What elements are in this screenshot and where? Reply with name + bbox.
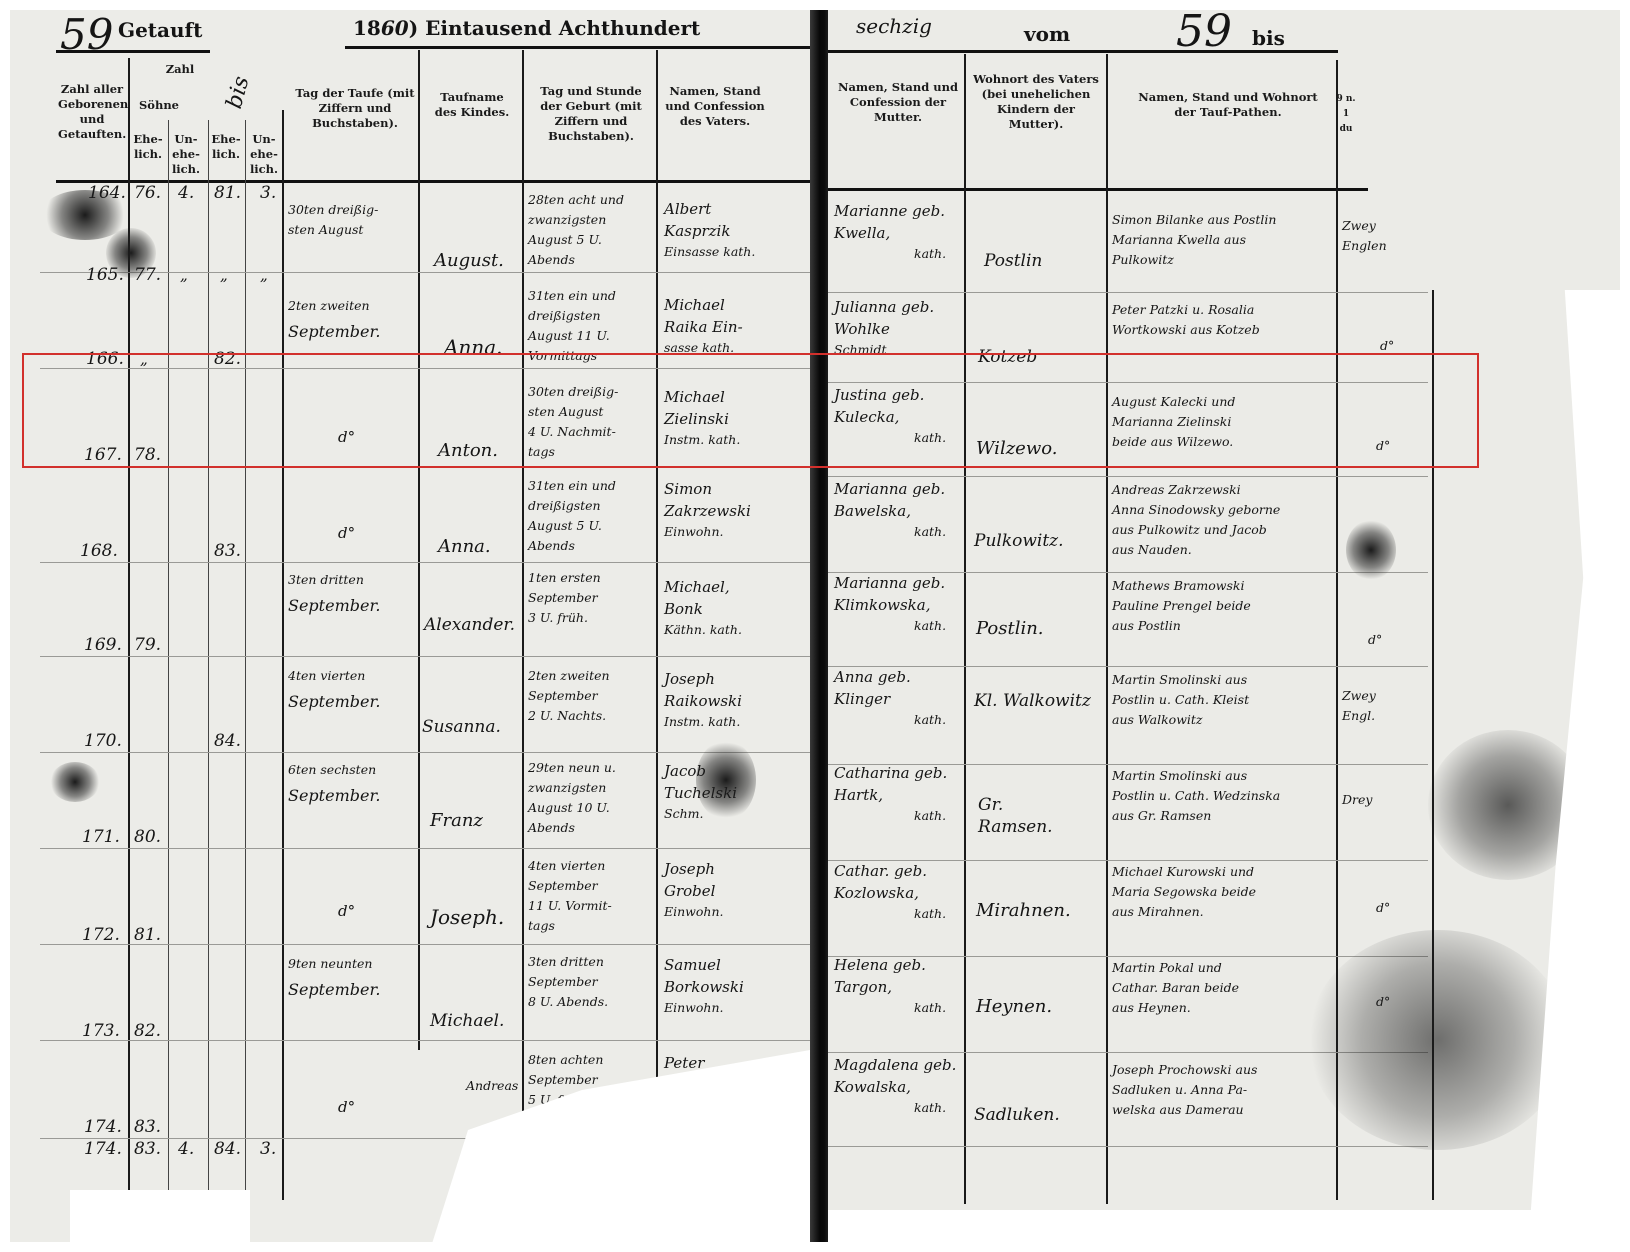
taufe-date: 30ten dreißig-sten August xyxy=(288,200,378,240)
toechter-unehelich: 3. xyxy=(260,182,276,204)
wohnort: Postlin. xyxy=(976,618,1044,640)
ink-stain xyxy=(696,740,756,820)
header-rule xyxy=(56,50,210,53)
paten: Joseph Prochowski ausSadluken u. Anna Pa… xyxy=(1112,1060,1257,1120)
ditto-mark: „ xyxy=(180,264,188,286)
paten: Martin Smolinski ausPostlin u. Cath. Kle… xyxy=(1112,670,1249,730)
water-damage xyxy=(1308,930,1568,1150)
soehne-ehelich: 83. xyxy=(134,1116,161,1138)
vater-name: JosephRaikowskiInstm. kath. xyxy=(664,668,742,732)
mutter-name: Julianna geb.WohlkeSchmidt xyxy=(834,296,934,360)
soehne-ehelich: 80. xyxy=(134,826,161,848)
row-rule xyxy=(40,466,810,467)
column-rule xyxy=(168,120,169,1200)
column-rule xyxy=(282,110,284,1200)
colhead-zahl-group: Zahl xyxy=(150,62,210,77)
year-words: ) Eintausend Achthundert xyxy=(409,16,701,40)
ink-stain xyxy=(50,762,100,802)
soehne-ehelich: 78. xyxy=(134,444,161,466)
wohnort: Postlin xyxy=(984,250,1042,272)
header-bis: bis xyxy=(1252,26,1285,50)
entry-no: 170. xyxy=(84,730,122,752)
toechter-ehelich: 83. xyxy=(214,540,241,562)
row-rule xyxy=(828,292,1428,293)
geburt-date: 3ten drittenSeptember8 U. Abends. xyxy=(528,952,608,1012)
colhead-soehne-unehelich: Un-ehe-lich. xyxy=(168,132,204,177)
taufe-date: 2ten zweitenSeptember. xyxy=(288,296,380,342)
row-rule xyxy=(828,476,1428,477)
vater-name: AlbertKasprzikEinsasse kath. xyxy=(664,198,755,262)
taufname: Alexander. xyxy=(424,614,515,636)
column-rule xyxy=(208,120,209,1200)
header-bottom-rule xyxy=(56,180,810,183)
colhead-mutter: Namen, Stand und Confession der Mutter. xyxy=(836,80,960,125)
left-page: 59 Getauft 1860) Eintausend Achthundert … xyxy=(10,10,810,1242)
torn-paper-edge xyxy=(828,1210,1620,1242)
soehne-unehelich: 4. xyxy=(178,182,194,204)
total-soehne-ehelich: 83. xyxy=(134,1138,161,1160)
year-handwritten: 60 xyxy=(381,16,409,40)
extra-note: d° xyxy=(1368,630,1382,650)
mutter-name: Helena geb.Targon,kath. xyxy=(834,954,946,1018)
colhead-toechter-ehelich: Ehe-lich. xyxy=(208,132,244,162)
colhead-taufname: Taufname des Kindes. xyxy=(428,90,516,120)
overlay-bis: bis xyxy=(222,74,255,112)
soehne-ehelich: 82. xyxy=(134,1020,161,1042)
extra-note: Drey xyxy=(1342,790,1372,810)
colhead-extra: 9 n. 1 du xyxy=(1336,92,1356,137)
paten: Martin Pokal undCathar. Baran beideaus H… xyxy=(1112,958,1239,1018)
colhead-soehne-ehelich: Ehe-lich. xyxy=(130,132,166,162)
ditto-mark: „ xyxy=(260,264,268,286)
mutter-name: Justina geb.Kulecka,kath. xyxy=(834,384,946,448)
taufname: August. xyxy=(434,250,504,272)
mutter-name: Marianna geb.Bawelska,kath. xyxy=(834,478,946,542)
soehne-ehelich: 76. xyxy=(134,182,161,204)
paten: Simon Bilanke aus PostlinMarianna Kwella… xyxy=(1112,210,1276,270)
column-rule xyxy=(964,54,966,1204)
scanned-register-spread: 59 Getauft 1860) Eintausend Achthundert … xyxy=(10,10,1620,1242)
vater-name: JosephGrobelEinwohn. xyxy=(664,858,723,922)
torn-paper-area xyxy=(70,1190,250,1242)
soehne-ehelich: 79. xyxy=(134,634,161,656)
total-toechter-unehelich: 3. xyxy=(260,1138,276,1160)
geburt-date: 31ten ein unddreißigstenAugust 11 U.Vorm… xyxy=(528,286,616,366)
wohnort: Pulkowitz. xyxy=(974,530,1064,552)
geburt-date: 4ten viertenSeptember11 U. Vormit-tags xyxy=(528,856,612,936)
toechter-ehelich: 82. xyxy=(214,348,241,370)
entry-no: 173. xyxy=(82,1020,120,1042)
taufe-ditto: d° xyxy=(338,426,355,448)
row-rule xyxy=(40,848,810,849)
taufe-date: 4ten viertenSeptember. xyxy=(288,666,380,712)
soehne-ehelich: 81. xyxy=(134,924,161,946)
paten: Michael Kurowski undMaria Segowska beide… xyxy=(1112,862,1256,922)
entry-no: 174. xyxy=(84,1116,122,1138)
ink-stain xyxy=(1346,520,1396,580)
row-rule xyxy=(40,562,810,563)
entry-no: 166. xyxy=(86,348,124,370)
ink-stain xyxy=(106,228,156,278)
wohnort: Kotzeb xyxy=(978,346,1037,368)
colhead-wohnort: Wohnort des Vaters (bei unehelichen Kind… xyxy=(972,72,1100,132)
colhead-zahl: Zahl aller Geborenen und Getauften. xyxy=(58,82,126,142)
ditto-mark: „ xyxy=(220,264,228,286)
paten: Peter Patzki u. RosaliaWortkowski aus Ko… xyxy=(1112,300,1260,340)
entry-no: 168. xyxy=(80,540,118,562)
colhead-paten: Namen, Stand und Wohnort der Tauf-Pathen… xyxy=(1128,90,1328,120)
total-soehne-unehelich: 4. xyxy=(178,1138,194,1160)
taufname: Joseph. xyxy=(430,906,504,928)
wohnort: Mirahnen. xyxy=(976,900,1071,922)
header-vom: vom xyxy=(1024,22,1070,46)
vater-name: SamuelBorkowskiEinwohn. xyxy=(664,954,744,1018)
header-getauft: Getauft xyxy=(118,18,202,42)
extra-note: ZweyEngl. xyxy=(1342,686,1376,726)
paten: Martin Smolinski ausPostlin u. Cath. Wed… xyxy=(1112,766,1280,826)
taufname: Anna. xyxy=(438,536,491,558)
row-rule xyxy=(828,382,1428,383)
wohnort: Heynen. xyxy=(976,996,1052,1018)
extra-note: d° xyxy=(1376,436,1390,456)
wohnort: Kl. Walkowitz xyxy=(974,690,1094,712)
row-rule xyxy=(40,656,810,657)
total-toechter-ehelich: 84. xyxy=(214,1138,241,1160)
taufe-date: 9ten neuntenSeptember. xyxy=(288,954,380,1000)
header-rule xyxy=(345,46,810,49)
taufe-ditto: d° xyxy=(338,900,355,922)
taufname: Susanna. xyxy=(422,716,501,738)
extra-note: d° xyxy=(1380,336,1394,356)
taufe-ditto: d° xyxy=(338,1096,355,1118)
paten: August Kalecki undMarianna Zielinskibeid… xyxy=(1112,392,1235,452)
column-rule xyxy=(522,50,524,1170)
entry-no: 167. xyxy=(84,444,122,466)
taufe-date: 3ten drittenSeptember. xyxy=(288,570,380,616)
column-rule xyxy=(245,120,246,1200)
geburt-date: 31ten ein unddreißigstenAugust 5 U.Abend… xyxy=(528,476,616,556)
entry-no: 169. xyxy=(84,634,122,656)
taufname: Andreas xyxy=(466,1076,518,1096)
paten: Andreas ZakrzewskiAnna Sinodowsky geborn… xyxy=(1112,480,1280,560)
total-entry-no: 174. xyxy=(84,1138,122,1160)
geburt-date: 29ten neun u.zwanzigstenAugust 10 U.Aben… xyxy=(528,758,616,838)
right-page: sechzig vom 59 bis Namen, Stand und Conf… xyxy=(828,10,1620,1242)
colhead-soehne: Söhne xyxy=(134,98,184,113)
wohnort: Wilzewo. xyxy=(976,438,1057,460)
mutter-name: Magdalena geb.Kowalska,kath. xyxy=(834,1054,956,1118)
taufe-ditto: d° xyxy=(338,522,355,544)
colhead-vater: Namen, Stand und Confession des Vaters. xyxy=(660,84,770,129)
wohnort: Gr. Ramsen. xyxy=(978,794,1068,838)
year-words-handwritten: sechzig xyxy=(856,14,932,38)
column-rule xyxy=(418,50,420,1050)
taufname: Anna. xyxy=(444,336,503,358)
column-rule xyxy=(1106,54,1108,1204)
mutter-name: Cathar. geb.Kozlowska,kath. xyxy=(834,860,946,924)
vater-name: MichaelRaika Ein-sasse kath. xyxy=(664,294,743,358)
header-year: 1860) Eintausend Achthundert xyxy=(353,16,700,40)
mutter-name: Anna geb.Klingerkath. xyxy=(834,666,946,730)
header-bottom-rule xyxy=(828,188,1368,191)
taufname: Franz xyxy=(430,810,483,832)
row-rule xyxy=(40,368,810,369)
entry-no: 172. xyxy=(82,924,120,946)
colhead-toechter-unehelich: Un-ehe-lich. xyxy=(246,132,282,177)
colhead-geburt: Tag und Stunde der Geburt (mit Ziffern u… xyxy=(528,84,654,144)
geburt-date: 1ten erstenSeptember3 U. früh. xyxy=(528,568,601,628)
vater-name: Michael,BonkKäthn. kath. xyxy=(664,576,742,640)
mutter-name: Marianna geb.Klimkowska,kath. xyxy=(834,572,946,636)
taufname: Michael. xyxy=(430,1010,504,1032)
year-printed: 18 xyxy=(353,16,381,40)
taufname: Anton. xyxy=(438,440,498,462)
header-rule xyxy=(828,50,1338,53)
entry-no: 171. xyxy=(82,826,120,848)
extra-note: d° xyxy=(1376,898,1390,918)
row-rule xyxy=(828,1146,1428,1147)
geburt-date: 2ten zweitenSeptember2 U. Nachts. xyxy=(528,666,610,726)
ditto-mark: „ xyxy=(140,348,148,370)
geburt-date: 28ten acht undzwanzigstenAugust 5 U.Aben… xyxy=(528,190,624,270)
vater-name: SimonZakrzewskiEinwohn. xyxy=(664,478,751,542)
wohnort: Sadluken. xyxy=(974,1104,1060,1126)
row-rule xyxy=(40,752,810,753)
extra-note: ZweyEnglen xyxy=(1342,216,1387,256)
geburt-date: 30ten dreißig-sten August4 U. Nachmit-ta… xyxy=(528,382,618,462)
vater-name: MichaelZielinskiInstm. kath. xyxy=(664,386,740,450)
mutter-name: Catharina geb.Hartk,kath. xyxy=(834,762,947,826)
taufe-date: 6ten sechstenSeptember. xyxy=(288,760,380,806)
column-rule xyxy=(656,50,658,1180)
toechter-ehelich: 84. xyxy=(214,730,241,752)
toechter-ehelich: 81. xyxy=(214,182,241,204)
colhead-tag-taufe: Tag der Taufe (mit Ziffern und Buchstabe… xyxy=(295,86,415,131)
mutter-name: Marianne geb.Kwella,kath. xyxy=(834,200,946,264)
paten: Mathews BramowskiPauline Prengel beideau… xyxy=(1112,576,1251,636)
